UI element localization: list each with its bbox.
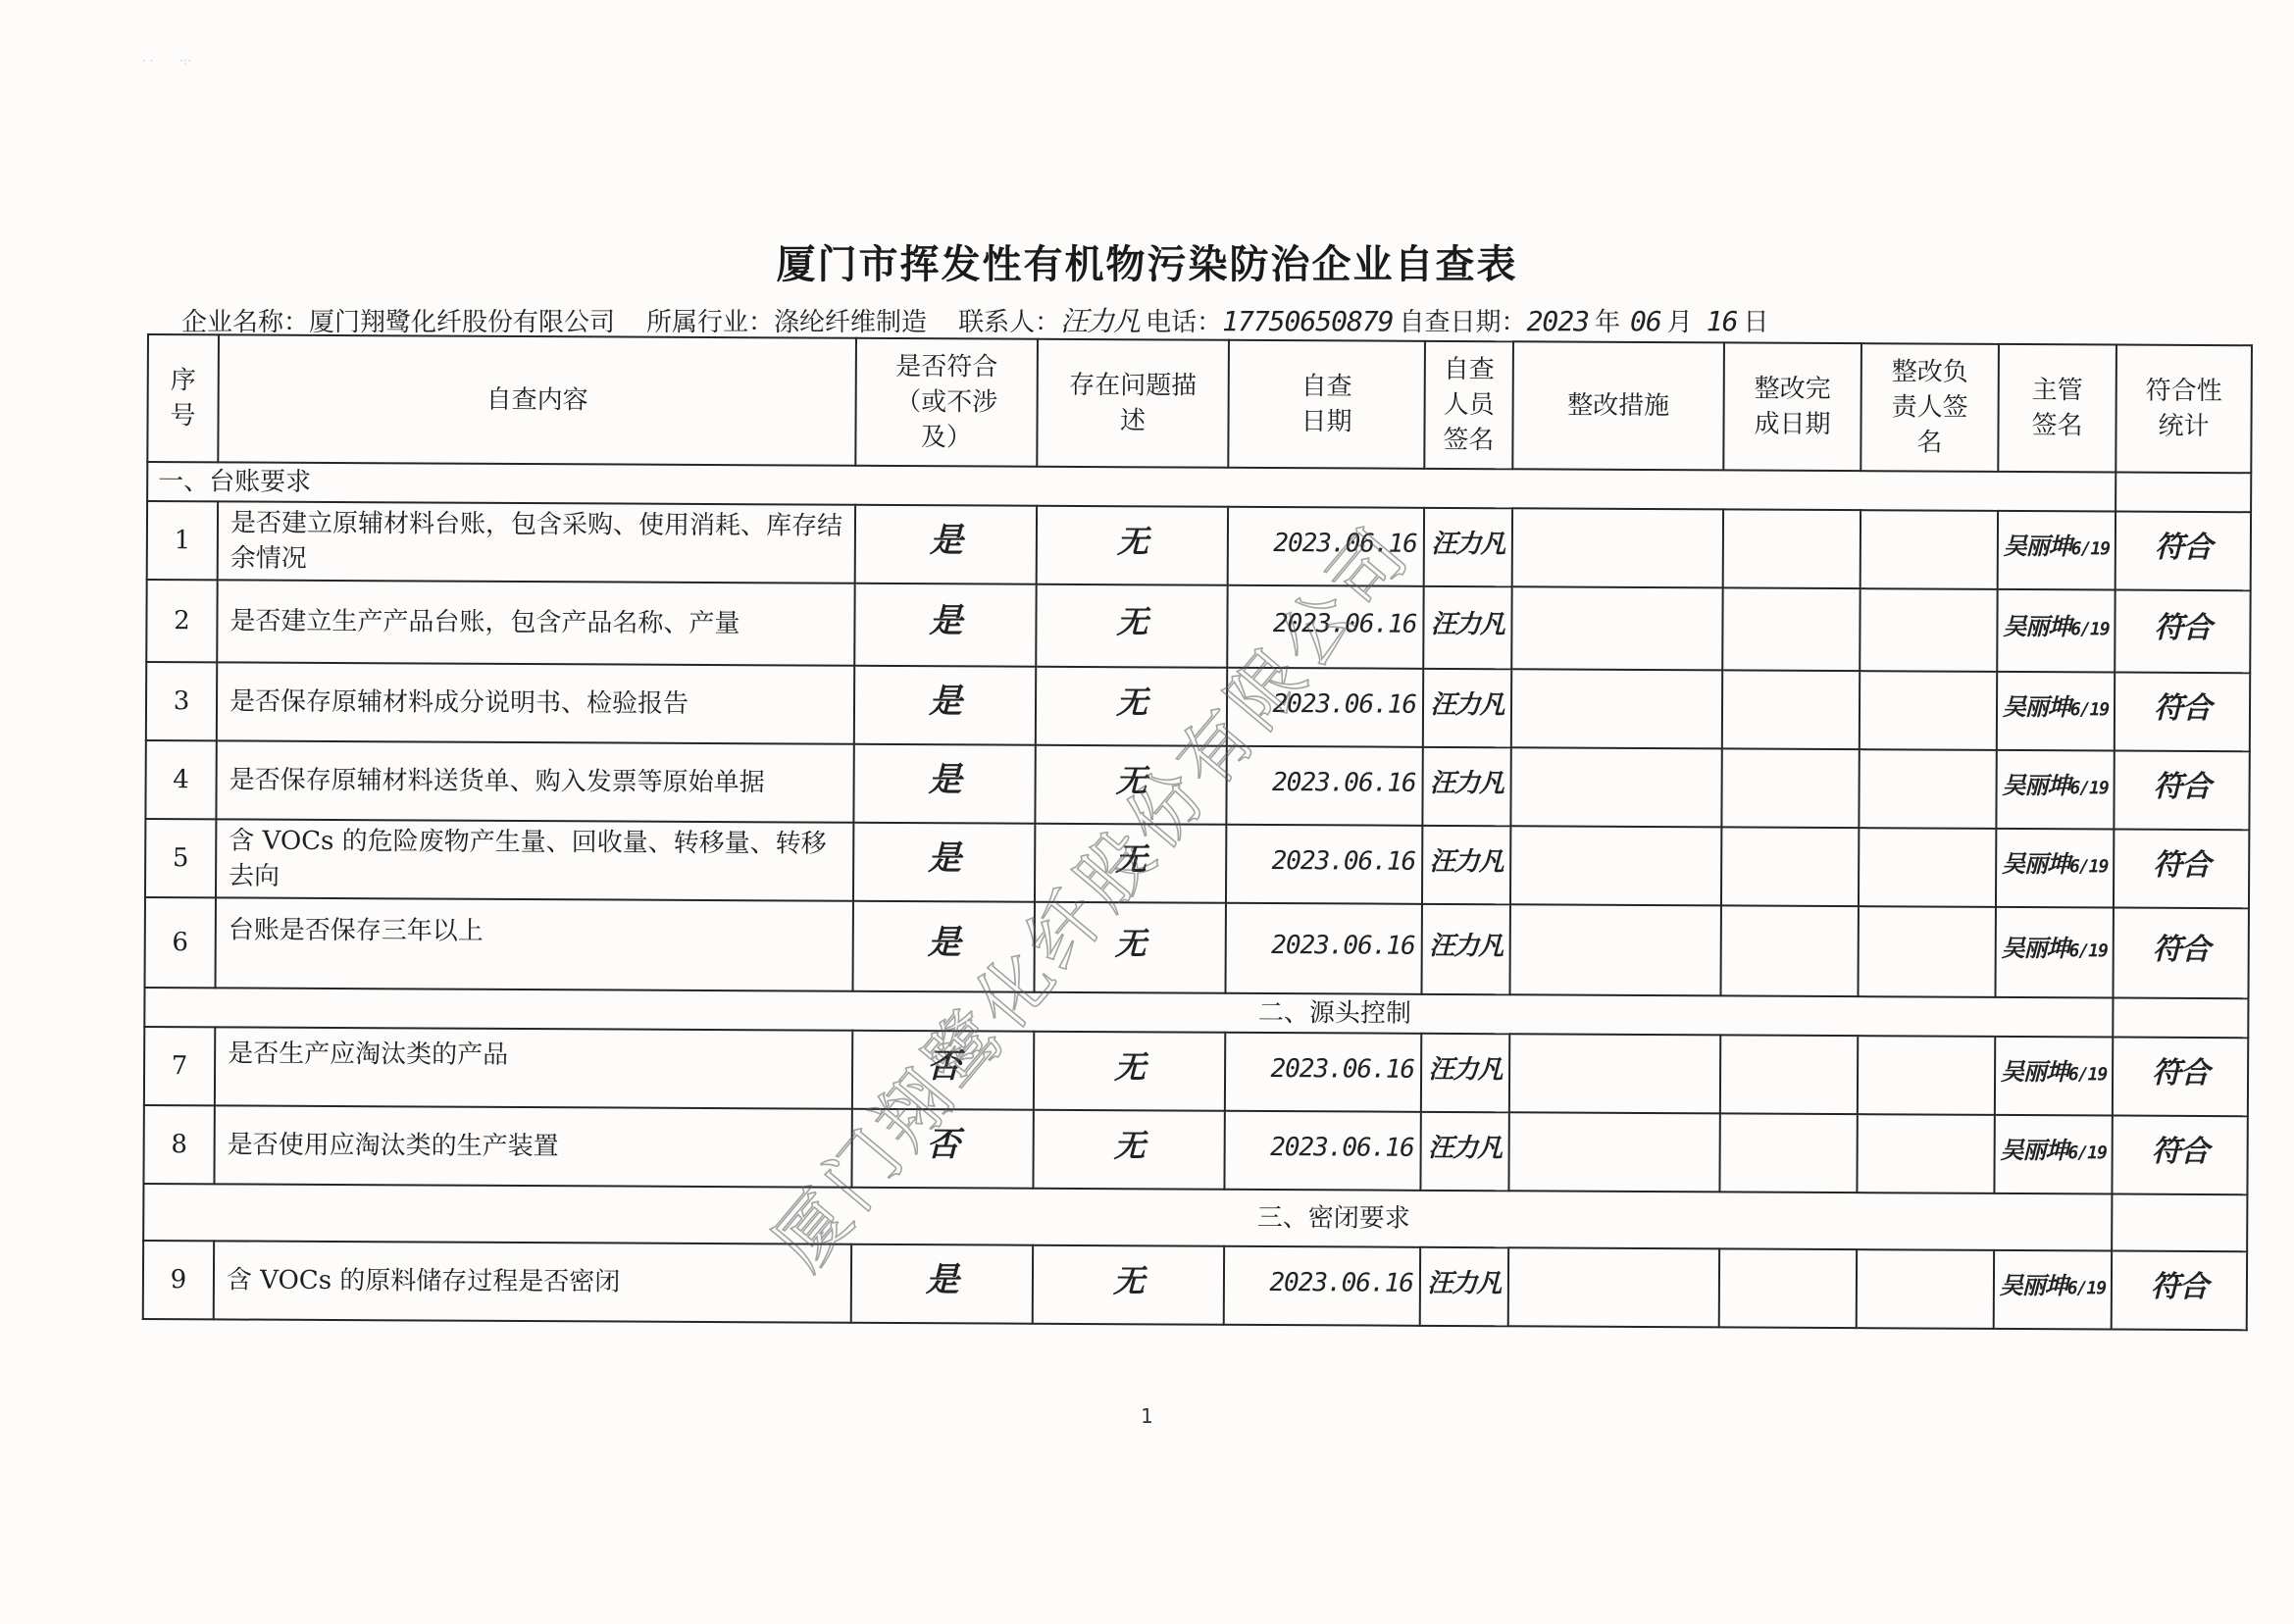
row-compliant: 是 xyxy=(929,682,961,721)
scan-noise: · · ·:· xyxy=(142,54,191,68)
row-supervisor-date: 6/19 xyxy=(2067,1142,2106,1163)
section-title: 三、密闭要求 xyxy=(143,1184,2112,1251)
table-row: 9 含 VOCs 的原料储存过程是否密闭 是 无 2023.06.16 汪力凡 … xyxy=(143,1241,2247,1330)
row-fix-owner xyxy=(1858,1036,1995,1115)
row-fix-date xyxy=(1720,1035,1858,1114)
row-content: 含 VOCs 的危险废物产生量、回收量、转移量、转移去向 xyxy=(216,819,853,900)
row-measures xyxy=(1508,1112,1719,1192)
table-row: 6 台账是否保存三年以上 是 无 2023.06.16 汪力凡 吴丽坤6/19 … xyxy=(145,897,2249,998)
row-issue: 无 xyxy=(1116,603,1147,640)
form-meta-line: 企业名称： 厦门翔鹭化纤股份有限公司 所属行业： 涤纶纤维制造 联系人： 汪力凡… xyxy=(181,300,1768,339)
check-year: 2023 xyxy=(1527,305,1589,337)
row-fix-owner xyxy=(1858,906,1995,997)
row-seq: 9 xyxy=(143,1241,214,1319)
row-fix-date xyxy=(1720,905,1858,996)
company-value: 厦门翔鹭化纤股份有限公司 xyxy=(309,302,615,338)
row-checker-signature: 汪力凡 xyxy=(1429,932,1503,961)
row-checker-signature: 汪力凡 xyxy=(1427,1269,1501,1298)
row-seq: 8 xyxy=(143,1105,214,1184)
row-content: 台账是否保存三年以上 xyxy=(216,897,853,990)
row-check-date: 2023.06.16 xyxy=(1273,529,1417,559)
row-supervisor-signature: 吴丽坤6/19 xyxy=(2001,934,2108,962)
row-supervisor-date: 6/19 xyxy=(2068,1064,2107,1085)
row-checker-signature: 汪力凡 xyxy=(1431,530,1504,559)
row-supervisor-signature: 吴丽坤6/19 xyxy=(2003,692,2110,721)
row-fix-owner xyxy=(1859,828,1996,907)
row-compliant: 是 xyxy=(929,601,961,640)
row-seq: 2 xyxy=(146,580,217,662)
header-compliant: 是否符合（或不涉及） xyxy=(855,338,1038,467)
row-check-date: 2023.06.16 xyxy=(1271,931,1415,961)
row-fix-date xyxy=(1722,587,1860,671)
row-fix-date xyxy=(1723,509,1861,588)
row-measures xyxy=(1511,586,1722,670)
industry-label: 所属行业： xyxy=(646,302,774,338)
section-stats-cell xyxy=(2116,473,2251,513)
table-row: 3 是否保存原辅材料成分说明书、检验报告 是 无 2023.06.16 汪力凡 … xyxy=(146,662,2250,751)
row-stats: 符合 xyxy=(2153,847,2210,882)
header-measures: 整改措施 xyxy=(1512,341,1724,470)
row-fix-date xyxy=(1722,670,1860,749)
table-header-row: 序号 自查内容 是否符合（或不涉及） 存在问题描述 自查日期 自查人员签名 整改… xyxy=(147,334,2252,473)
row-issue: 无 xyxy=(1114,1048,1145,1086)
row-seq: 5 xyxy=(145,819,216,897)
row-stats: 符合 xyxy=(2154,690,2211,725)
month-char: 月 xyxy=(1667,302,1693,338)
header-fix-owner: 整改负责人签名 xyxy=(1861,343,1999,472)
industry-value: 涤纶纤维制造 xyxy=(774,302,927,338)
section-stats-cell xyxy=(2112,1194,2247,1252)
row-supervisor-signature: 吴丽坤6/19 xyxy=(2000,1271,2107,1299)
row-stats: 符合 xyxy=(2151,1269,2208,1303)
row-checker-signature: 汪力凡 xyxy=(1430,690,1504,720)
table-row: 2 是否建立生产产品台账，包含产品名称、产量 是 无 2023.06.16 汪力… xyxy=(146,580,2250,673)
row-measures xyxy=(1509,904,1720,995)
row-content: 含 VOCs 的原料储存过程是否密闭 xyxy=(214,1241,851,1322)
row-supervisor-signature: 吴丽坤6/19 xyxy=(2004,532,2111,560)
self-check-table: 序号 自查内容 是否符合（或不涉及） 存在问题描述 自查日期 自查人员签名 整改… xyxy=(142,333,2253,1331)
row-check-date: 2023.06.16 xyxy=(1272,689,1416,720)
row-measures xyxy=(1510,747,1721,827)
page-number: 1 xyxy=(0,1404,2294,1428)
row-compliant: 是 xyxy=(926,1260,958,1299)
row-fix-date xyxy=(1719,1248,1857,1328)
header-fix-date: 整改完成日期 xyxy=(1723,342,1861,471)
row-measures xyxy=(1509,1034,1720,1113)
row-fix-owner xyxy=(1861,510,1998,589)
contact-signature: 汪力凡 xyxy=(1060,300,1140,339)
row-checker-signature: 汪力凡 xyxy=(1430,769,1504,798)
row-supervisor-date: 6/19 xyxy=(2067,1278,2106,1298)
row-measures xyxy=(1510,826,1721,905)
row-fix-owner xyxy=(1857,1249,1994,1329)
row-measures xyxy=(1511,669,1722,748)
row-check-date: 2023.06.16 xyxy=(1270,1054,1414,1085)
header-issue: 存在问题描述 xyxy=(1037,339,1229,468)
row-fix-date xyxy=(1721,748,1859,828)
row-content: 是否保存原辅材料送货单、购入发票等原始单据 xyxy=(216,740,853,822)
phone-label: 电话： xyxy=(1146,302,1222,338)
row-seq: 6 xyxy=(145,897,216,988)
row-supervisor-date: 6/19 xyxy=(2070,619,2109,639)
row-compliant: 是 xyxy=(928,923,960,962)
row-seq: 7 xyxy=(144,1027,215,1105)
header-seq: 序号 xyxy=(147,334,219,462)
check-day: 16 xyxy=(1707,305,1738,337)
table-row: 1 是否建立原辅材料台账，包含采购、使用消耗、库存结余情况 是 无 2023.0… xyxy=(147,501,2251,590)
row-check-date: 2023.06.16 xyxy=(1272,768,1416,798)
row-stats: 符合 xyxy=(2155,530,2212,564)
row-measures xyxy=(1508,1247,1719,1327)
row-seq: 4 xyxy=(145,740,216,819)
row-supervisor-signature: 吴丽坤6/19 xyxy=(2002,849,2109,878)
row-issue: 无 xyxy=(1115,925,1146,962)
row-checker-signature: 汪力凡 xyxy=(1428,1055,1502,1085)
row-stats: 符合 xyxy=(2154,769,2211,803)
row-issue: 无 xyxy=(1116,684,1147,721)
row-issue: 无 xyxy=(1115,840,1146,878)
row-supervisor-signature: 吴丽坤6/19 xyxy=(2000,1136,2107,1164)
row-fix-date xyxy=(1719,1113,1857,1193)
row-supervisor-signature: 吴丽坤6/19 xyxy=(2003,612,2110,640)
row-check-date: 2023.06.16 xyxy=(1272,846,1416,877)
row-issue: 无 xyxy=(1113,1262,1144,1299)
check-month: 06 xyxy=(1630,305,1661,337)
row-check-date: 2023.06.16 xyxy=(1270,1133,1414,1163)
row-seq: 3 xyxy=(146,662,217,740)
phone-value: 17750650879 xyxy=(1222,305,1393,337)
row-issue: 无 xyxy=(1114,1127,1145,1164)
header-stats: 符合性统计 xyxy=(2116,345,2252,474)
row-issue: 无 xyxy=(1116,762,1147,799)
row-check-date: 2023.06.16 xyxy=(1269,1268,1413,1298)
table-row: 8 是否使用应淘汰类的生产装置 否 无 2023.06.16 汪力凡 吴丽坤6/… xyxy=(143,1105,2247,1194)
row-fix-owner xyxy=(1857,1114,1994,1193)
row-compliant: 否 xyxy=(927,1125,959,1164)
row-stats: 符合 xyxy=(2152,1134,2209,1168)
row-content: 是否保存原辅材料成分说明书、检验报告 xyxy=(217,662,854,743)
row-content: 是否生产应淘汰类的产品 xyxy=(215,1027,852,1108)
check-date-label: 自查日期： xyxy=(1400,302,1527,338)
row-content: 是否建立生产产品台账，包含产品名称、产量 xyxy=(217,580,854,665)
header-check-date: 自查日期 xyxy=(1228,340,1425,469)
row-check-date: 2023.06.16 xyxy=(1273,609,1417,639)
row-content: 是否使用应淘汰类的生产装置 xyxy=(214,1105,851,1187)
row-supervisor-date: 6/19 xyxy=(2071,538,2110,559)
row-supervisor-signature: 吴丽坤6/19 xyxy=(2001,1057,2108,1086)
row-measures xyxy=(1512,508,1723,587)
section-stats-cell xyxy=(2113,998,2248,1039)
year-char: 年 xyxy=(1595,302,1620,338)
row-checker-signature: 汪力凡 xyxy=(1431,610,1504,639)
row-fix-owner xyxy=(1859,749,1996,829)
row-compliant: 是 xyxy=(930,521,962,560)
row-supervisor-date: 6/19 xyxy=(2070,699,2109,720)
row-fix-owner xyxy=(1860,588,1997,672)
header-supervisor: 主管签名 xyxy=(1998,344,2116,473)
table-row: 5 含 VOCs 的危险废物产生量、回收量、转移量、转移去向 是 无 2023.… xyxy=(145,819,2249,908)
contact-label: 联系人： xyxy=(958,302,1060,338)
row-compliant: 是 xyxy=(928,838,960,878)
row-stats: 符合 xyxy=(2152,1055,2209,1090)
table-body: 一、台账要求 1 是否建立原辅材料台账，包含采购、使用消耗、库存结余情况 是 无… xyxy=(143,462,2252,1330)
table-row: 7 是否生产应淘汰类的产品 否 无 2023.06.16 汪力凡 吴丽坤6/19… xyxy=(144,1027,2248,1116)
row-stats: 符合 xyxy=(2153,932,2210,966)
row-fix-owner xyxy=(1860,671,1997,750)
row-seq: 1 xyxy=(147,501,218,580)
row-checker-signature: 汪力凡 xyxy=(1428,1134,1502,1163)
row-compliant: 否 xyxy=(927,1046,959,1086)
header-content: 自查内容 xyxy=(218,334,856,465)
row-supervisor-date: 6/19 xyxy=(2069,778,2108,798)
row-issue: 无 xyxy=(1117,523,1147,560)
row-supervisor-date: 6/19 xyxy=(2068,940,2107,961)
table-row: 4 是否保存原辅材料送货单、购入发票等原始单据 是 无 2023.06.16 汪… xyxy=(145,740,2249,830)
row-content: 是否建立原辅材料台账，包含采购、使用消耗、库存结余情况 xyxy=(218,501,855,583)
row-supervisor-signature: 吴丽坤6/19 xyxy=(2002,771,2109,799)
row-fix-date xyxy=(1721,827,1859,906)
row-checker-signature: 汪力凡 xyxy=(1430,847,1504,877)
row-compliant: 是 xyxy=(929,760,961,799)
row-stats: 符合 xyxy=(2154,610,2211,644)
row-supervisor-date: 6/19 xyxy=(2069,856,2108,877)
page-title: 厦门市挥发性有机物污染防治企业自查表 xyxy=(0,233,2294,289)
day-char: 日 xyxy=(1743,302,1768,338)
header-checker: 自查人员签名 xyxy=(1424,341,1513,469)
